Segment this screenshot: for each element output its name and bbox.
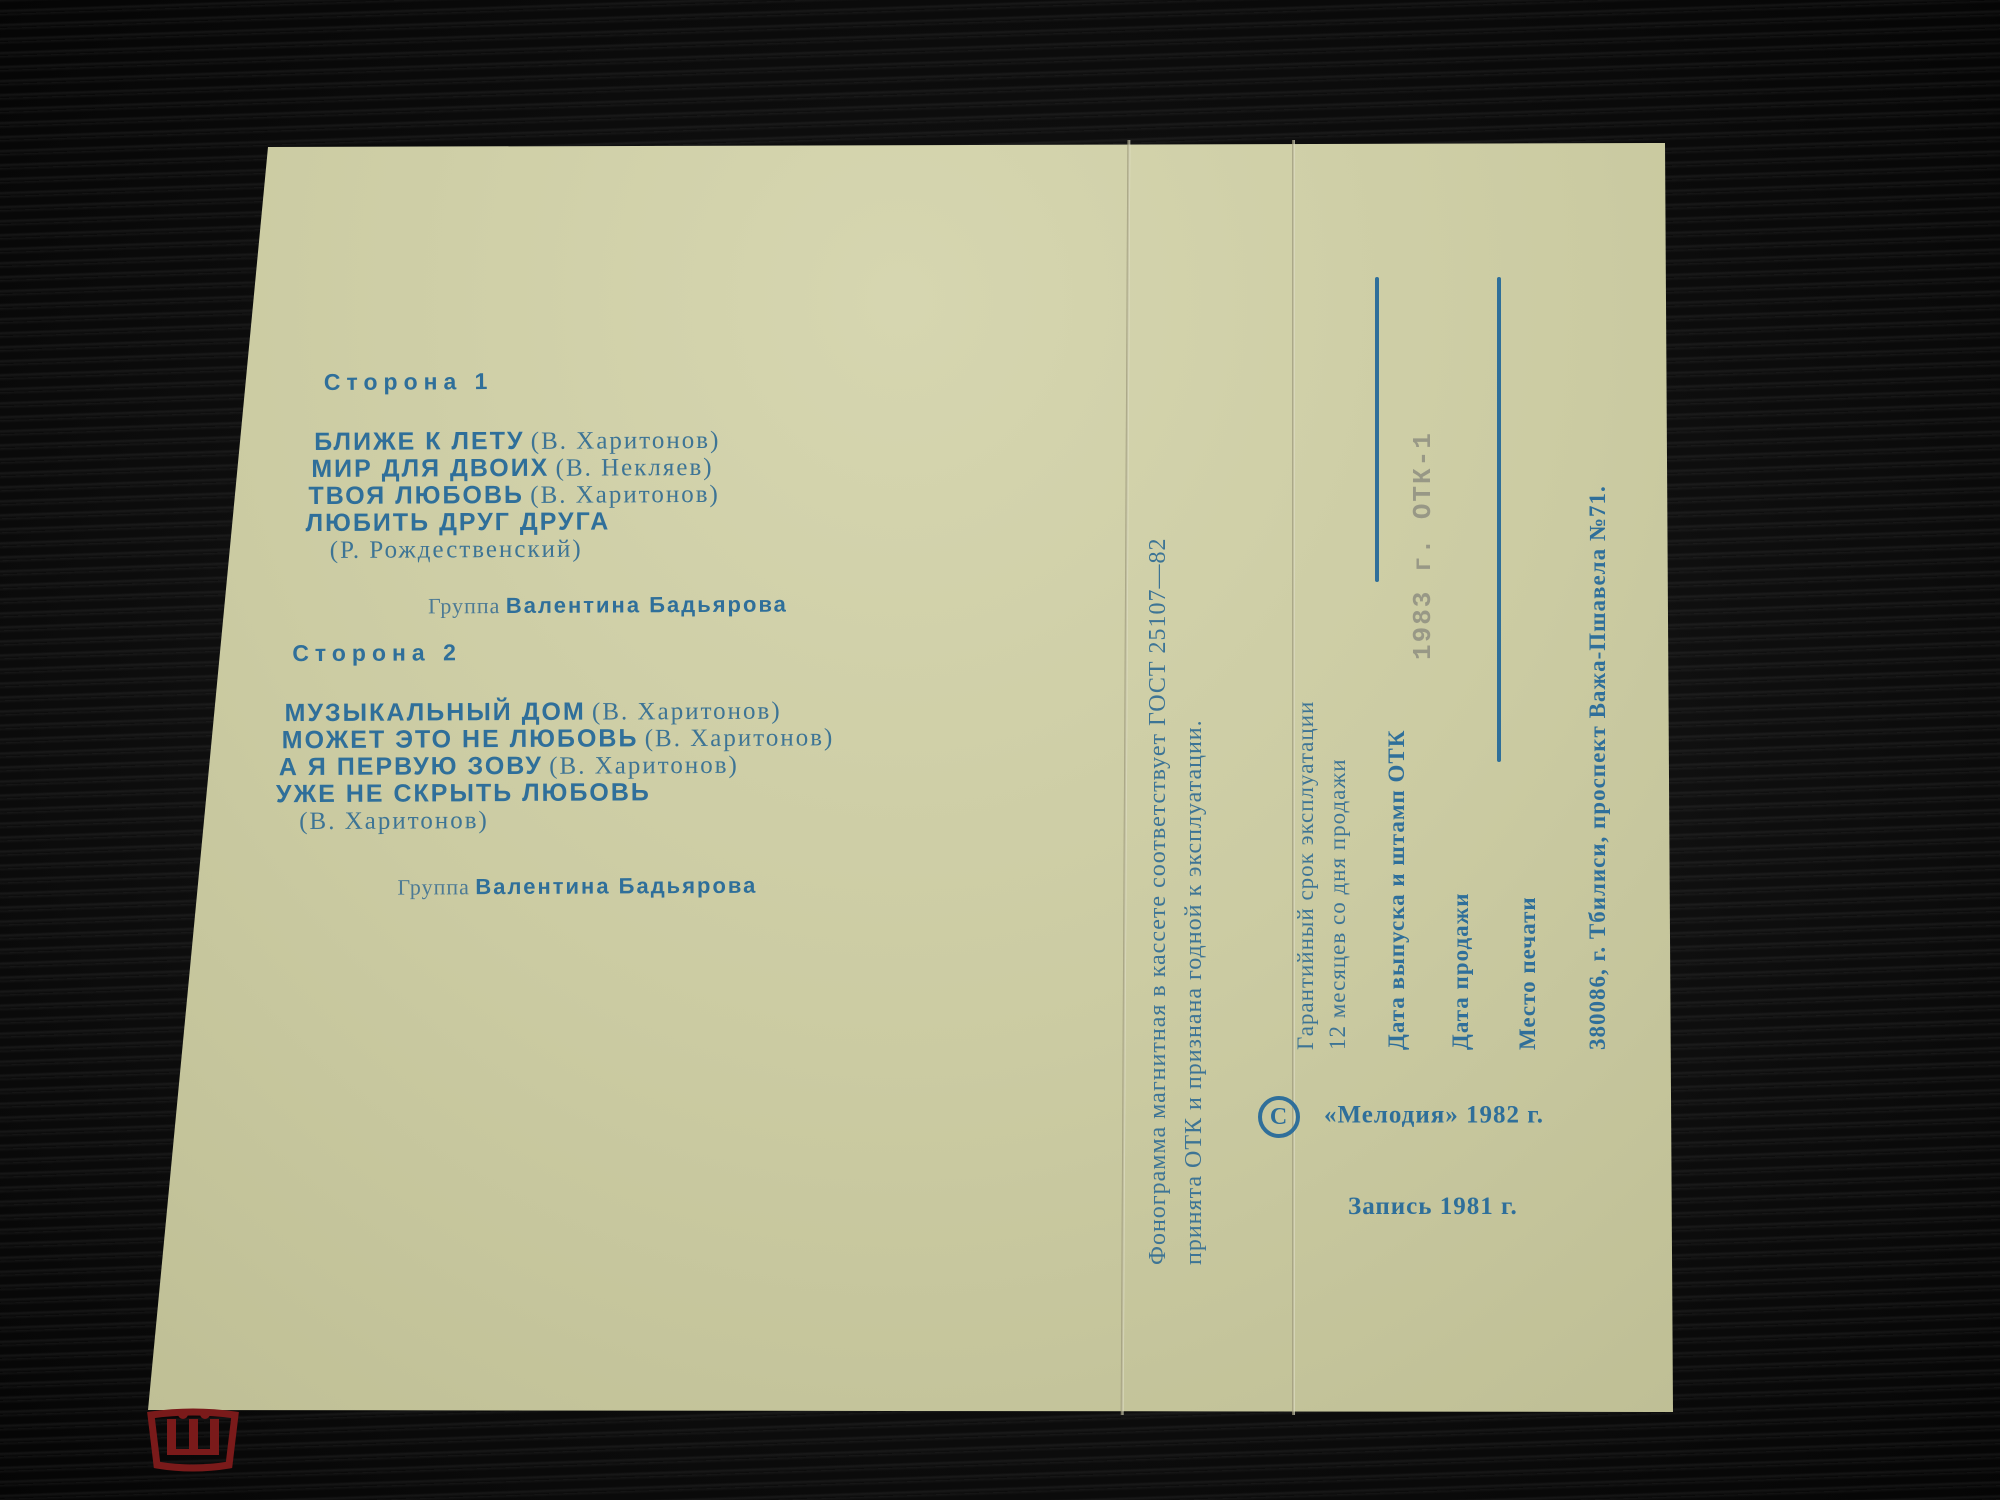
group-label: Группа [428, 593, 500, 618]
track-item: ТВОЯ ЛЮБОВЬ (В. Харитонов) [308, 480, 720, 511]
track-author: (В. Харитонов) [531, 427, 721, 455]
track-item-author-line: (В. Харитонов) [299, 807, 489, 836]
release-date-label: Дата выпуска и штамп ОТК [1384, 730, 1410, 1050]
track-title: МОЖЕТ ЭТО НЕ ЛЮБОВЬ [282, 724, 639, 754]
group-label: Группа [397, 874, 469, 899]
track-author: (В. Харитонов) [592, 698, 782, 726]
side-2-title: Сторона 2 [292, 639, 462, 667]
track-title: УЖЕ НЕ СКРЫТЬ ЛЮБОВЬ [276, 778, 651, 808]
spine-line-1: Фонограмма магнитная в кассете соответст… [1140, 537, 1176, 1265]
track-author: (В. Харитонов) [549, 752, 739, 780]
track-item: МОЖЕТ ЭТО НЕ ЛЮБОВЬ (В. Харитонов) [282, 723, 835, 755]
track-item-author-line: (Р. Рождественский) [330, 536, 583, 565]
spine-line-2: принята ОТК и признана годной к эксплуат… [1176, 537, 1212, 1265]
otk-stamp: 1983 г. ОТК-1 [1408, 431, 1438, 660]
sale-date-underline [1497, 277, 1501, 762]
copyright-text: «Мелодия» 1982 г. [1324, 1102, 1544, 1129]
track-author: (В. Некляев) [556, 454, 714, 482]
sale-date-label: Дата продажи [1448, 892, 1474, 1050]
spine-text: Фонограмма магнитная в кассете соответст… [1140, 537, 1212, 1265]
track-title: ТВОЯ ЛЮБОВЬ [308, 481, 524, 510]
track-title: МУЗЫКАЛЬНЫЙ ДОМ [285, 698, 586, 728]
castle-tower-logo-icon [145, 1405, 241, 1477]
group-name: Валентина Бадьярова [475, 873, 757, 899]
track-item: УЖЕ НЕ СКРЫТЬ ЛЮБОВЬ [276, 778, 651, 809]
track-author: (В. Харитонов) [530, 481, 720, 509]
address-text: 380086, г. Тбилиси, проспект Важа-Пшавел… [1585, 485, 1611, 1050]
track-title: МИР ДЛЯ ДВОИХ [311, 454, 549, 483]
track-item: ЛЮБИТЬ ДРУГ ДРУГА [306, 507, 611, 538]
copyright-icon: C [1258, 1096, 1300, 1138]
print-place-label: Место печати [1515, 896, 1541, 1050]
warranty-text: Гарантийный срок эксплуатации 12 месяцев… [1290, 701, 1354, 1050]
side-1-artist: Группа Валентина Бадьярова [428, 592, 788, 620]
warranty-line-2: 12 месяцев со дня продажи [1322, 701, 1354, 1050]
track-title: А Я ПЕРВУЮ ЗОВУ [279, 752, 543, 781]
track-author: (В. Харитонов) [645, 724, 835, 752]
front-panel: Сторона 1 БЛИЖЕ К ЛЕТУ (В. Харитонов) МИ… [0, 0, 2000, 1500]
track-item: А Я ПЕРВУЮ ЗОВУ (В. Харитонов) [279, 751, 739, 782]
track-author: (В. Харитонов) [299, 807, 489, 835]
track-author: (Р. Рождественский) [330, 536, 583, 564]
copyright-line: C«Мелодия» 1982 г. [1258, 1096, 1544, 1138]
track-title: БЛИЖЕ К ЛЕТУ [314, 427, 524, 456]
release-date-underline [1375, 277, 1379, 582]
group-name: Валентина Бадьярова [506, 592, 788, 618]
side-1-title: Сторона 1 [324, 368, 494, 396]
warranty-line-1: Гарантийный срок эксплуатации [1290, 701, 1322, 1050]
track-title: ЛЮБИТЬ ДРУГ ДРУГА [306, 507, 611, 537]
recording-year: Запись 1981 г. [1348, 1193, 1518, 1221]
side-2-artist: Группа Валентина Бадьярова [397, 873, 757, 901]
